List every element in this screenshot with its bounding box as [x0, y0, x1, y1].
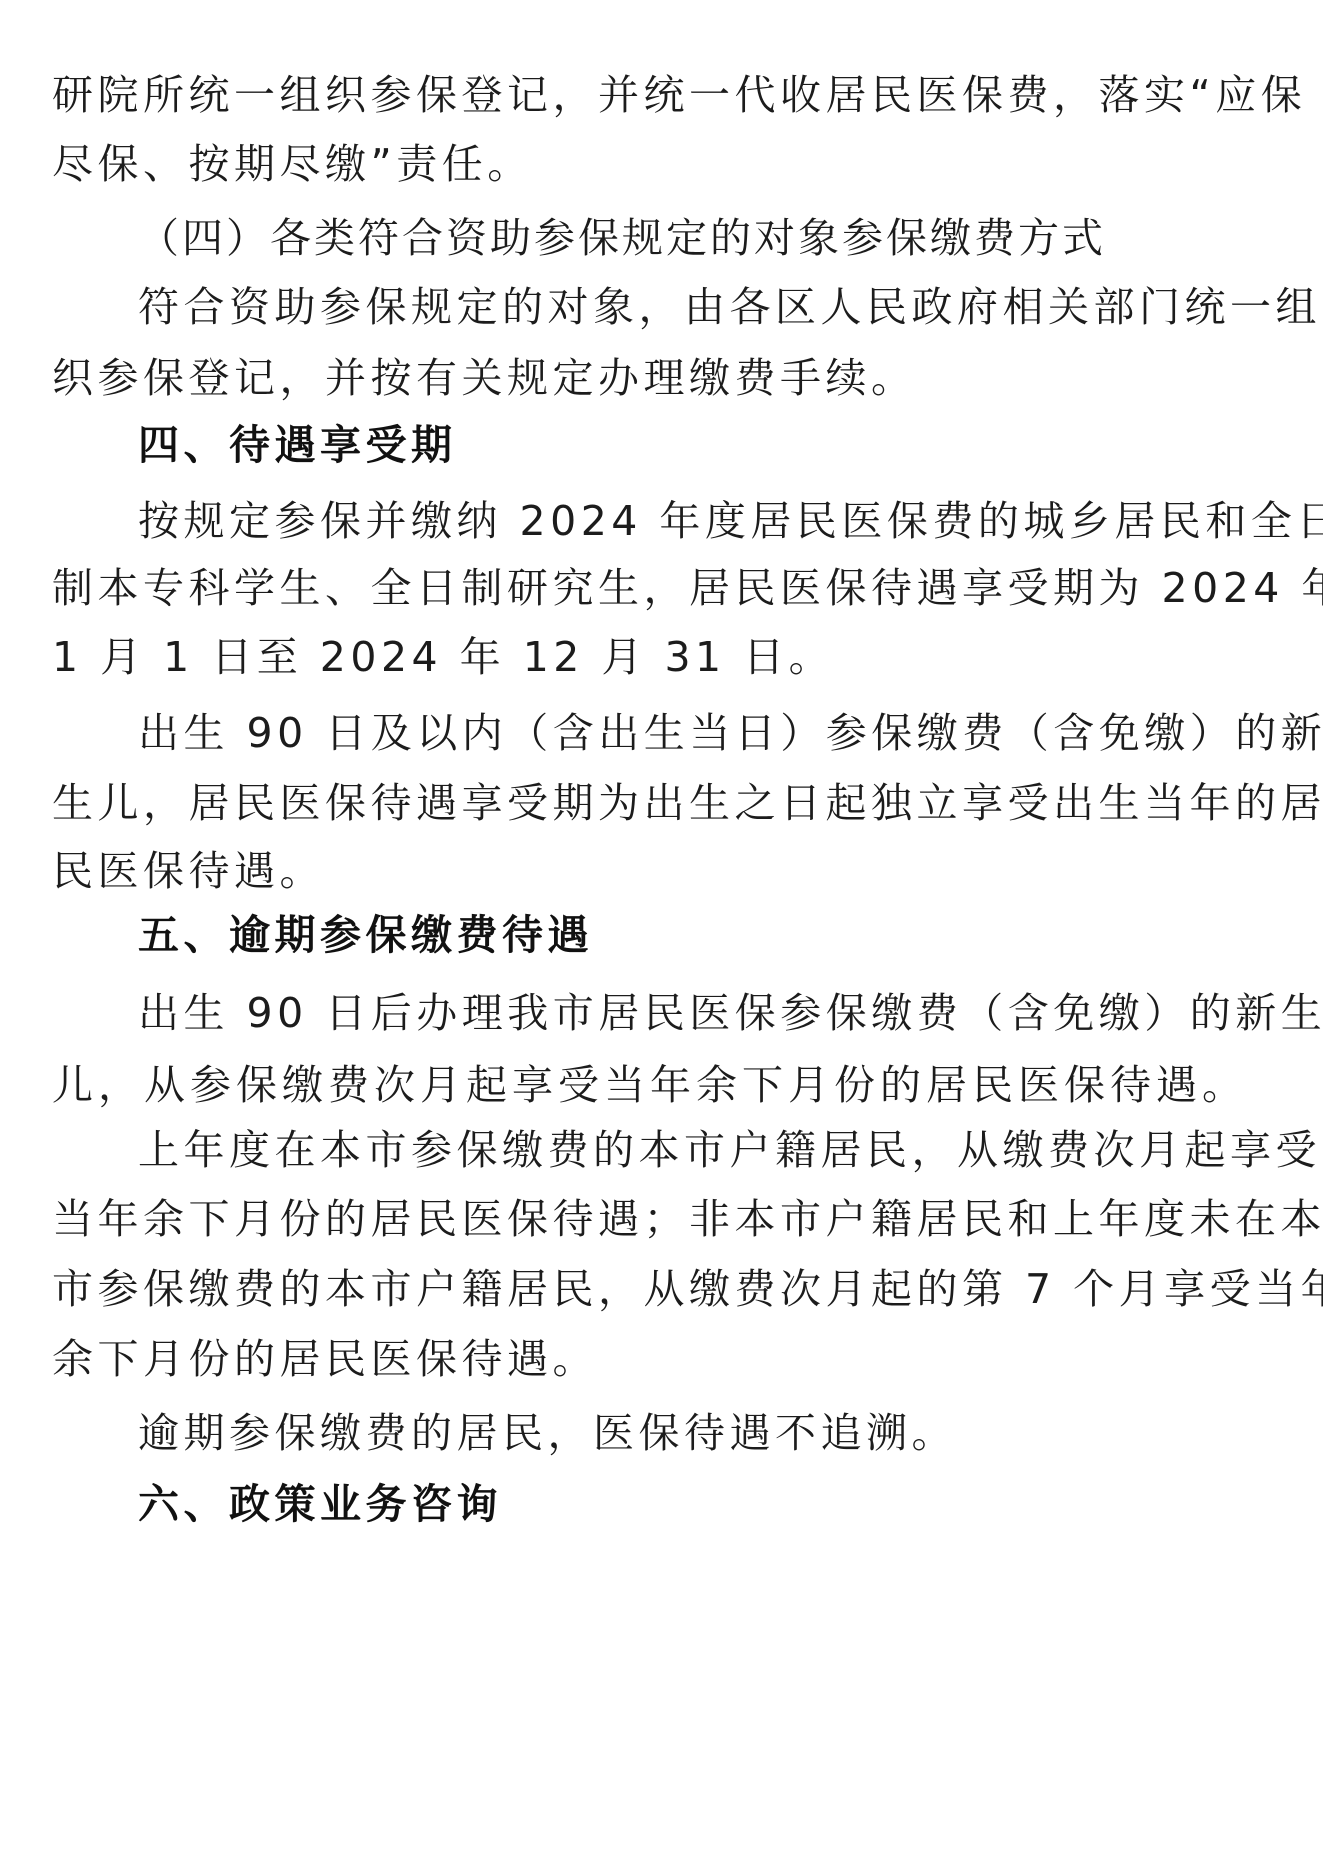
paragraph-line: 织参保登记，并按有关规定办理缴费手续。 [52, 345, 1282, 411]
paragraph-line: 当年余下月份的居民医保待遇；非本市户籍居民和上年度未在本 [52, 1186, 1282, 1252]
document-page: 研院所统一组织参保登记，并统一代收居民医保费，落实“应保 尽保、按期尽缴”责任。… [0, 0, 1323, 1872]
paragraph-line: 儿，从参保缴费次月起享受当年余下月份的居民医保待遇。 [52, 1052, 1282, 1118]
section-heading-5: 五、逾期参保缴费待遇 [138, 902, 1323, 968]
paragraph-line: 余下月份的居民医保待遇。 [52, 1326, 1282, 1392]
paragraph-line: 制本专科学生、全日制研究生，居民医保待遇享受期为 2024 年 [52, 555, 1282, 621]
paragraph-line: 上年度在本市参保缴费的本市户籍居民，从缴费次月起享受 [138, 1117, 1282, 1183]
paragraph-line: 逾期参保缴费的居民，医保待遇不追溯。 [138, 1400, 1323, 1466]
paragraph-line: 1 月 1 日至 2024 年 12 月 31 日。 [52, 624, 1282, 690]
paragraph-line: 出生 90 日及以内（含出生当日）参保缴费（含免缴）的新 [138, 700, 1282, 766]
paragraph-line: 按规定参保并缴纳 2024 年度居民医保费的城乡居民和全日 [138, 488, 1282, 554]
paragraph-line: 出生 90 日后办理我市居民医保参保缴费（含免缴）的新生 [138, 980, 1282, 1046]
paragraph-line: 民医保待遇。 [52, 838, 1282, 904]
section-heading-6: 六、政策业务咨询 [138, 1471, 1323, 1537]
paragraph-line: 符合资助参保规定的对象，由各区人民政府相关部门统一组 [138, 274, 1282, 340]
paragraph-line: 生儿，居民医保待遇享受期为出生之日起独立享受出生当年的居 [52, 770, 1282, 836]
subheading-four: （四）各类符合资助参保规定的对象参保缴费方式 [138, 205, 1323, 271]
paragraph-line: 市参保缴费的本市户籍居民，从缴费次月起的第 7 个月享受当年 [52, 1256, 1282, 1322]
section-heading-4: 四、待遇享受期 [138, 412, 1323, 478]
paragraph-line: 尽保、按期尽缴”责任。 [52, 131, 1282, 197]
paragraph-line: 研院所统一组织参保登记，并统一代收居民医保费，落实“应保 [52, 62, 1282, 128]
